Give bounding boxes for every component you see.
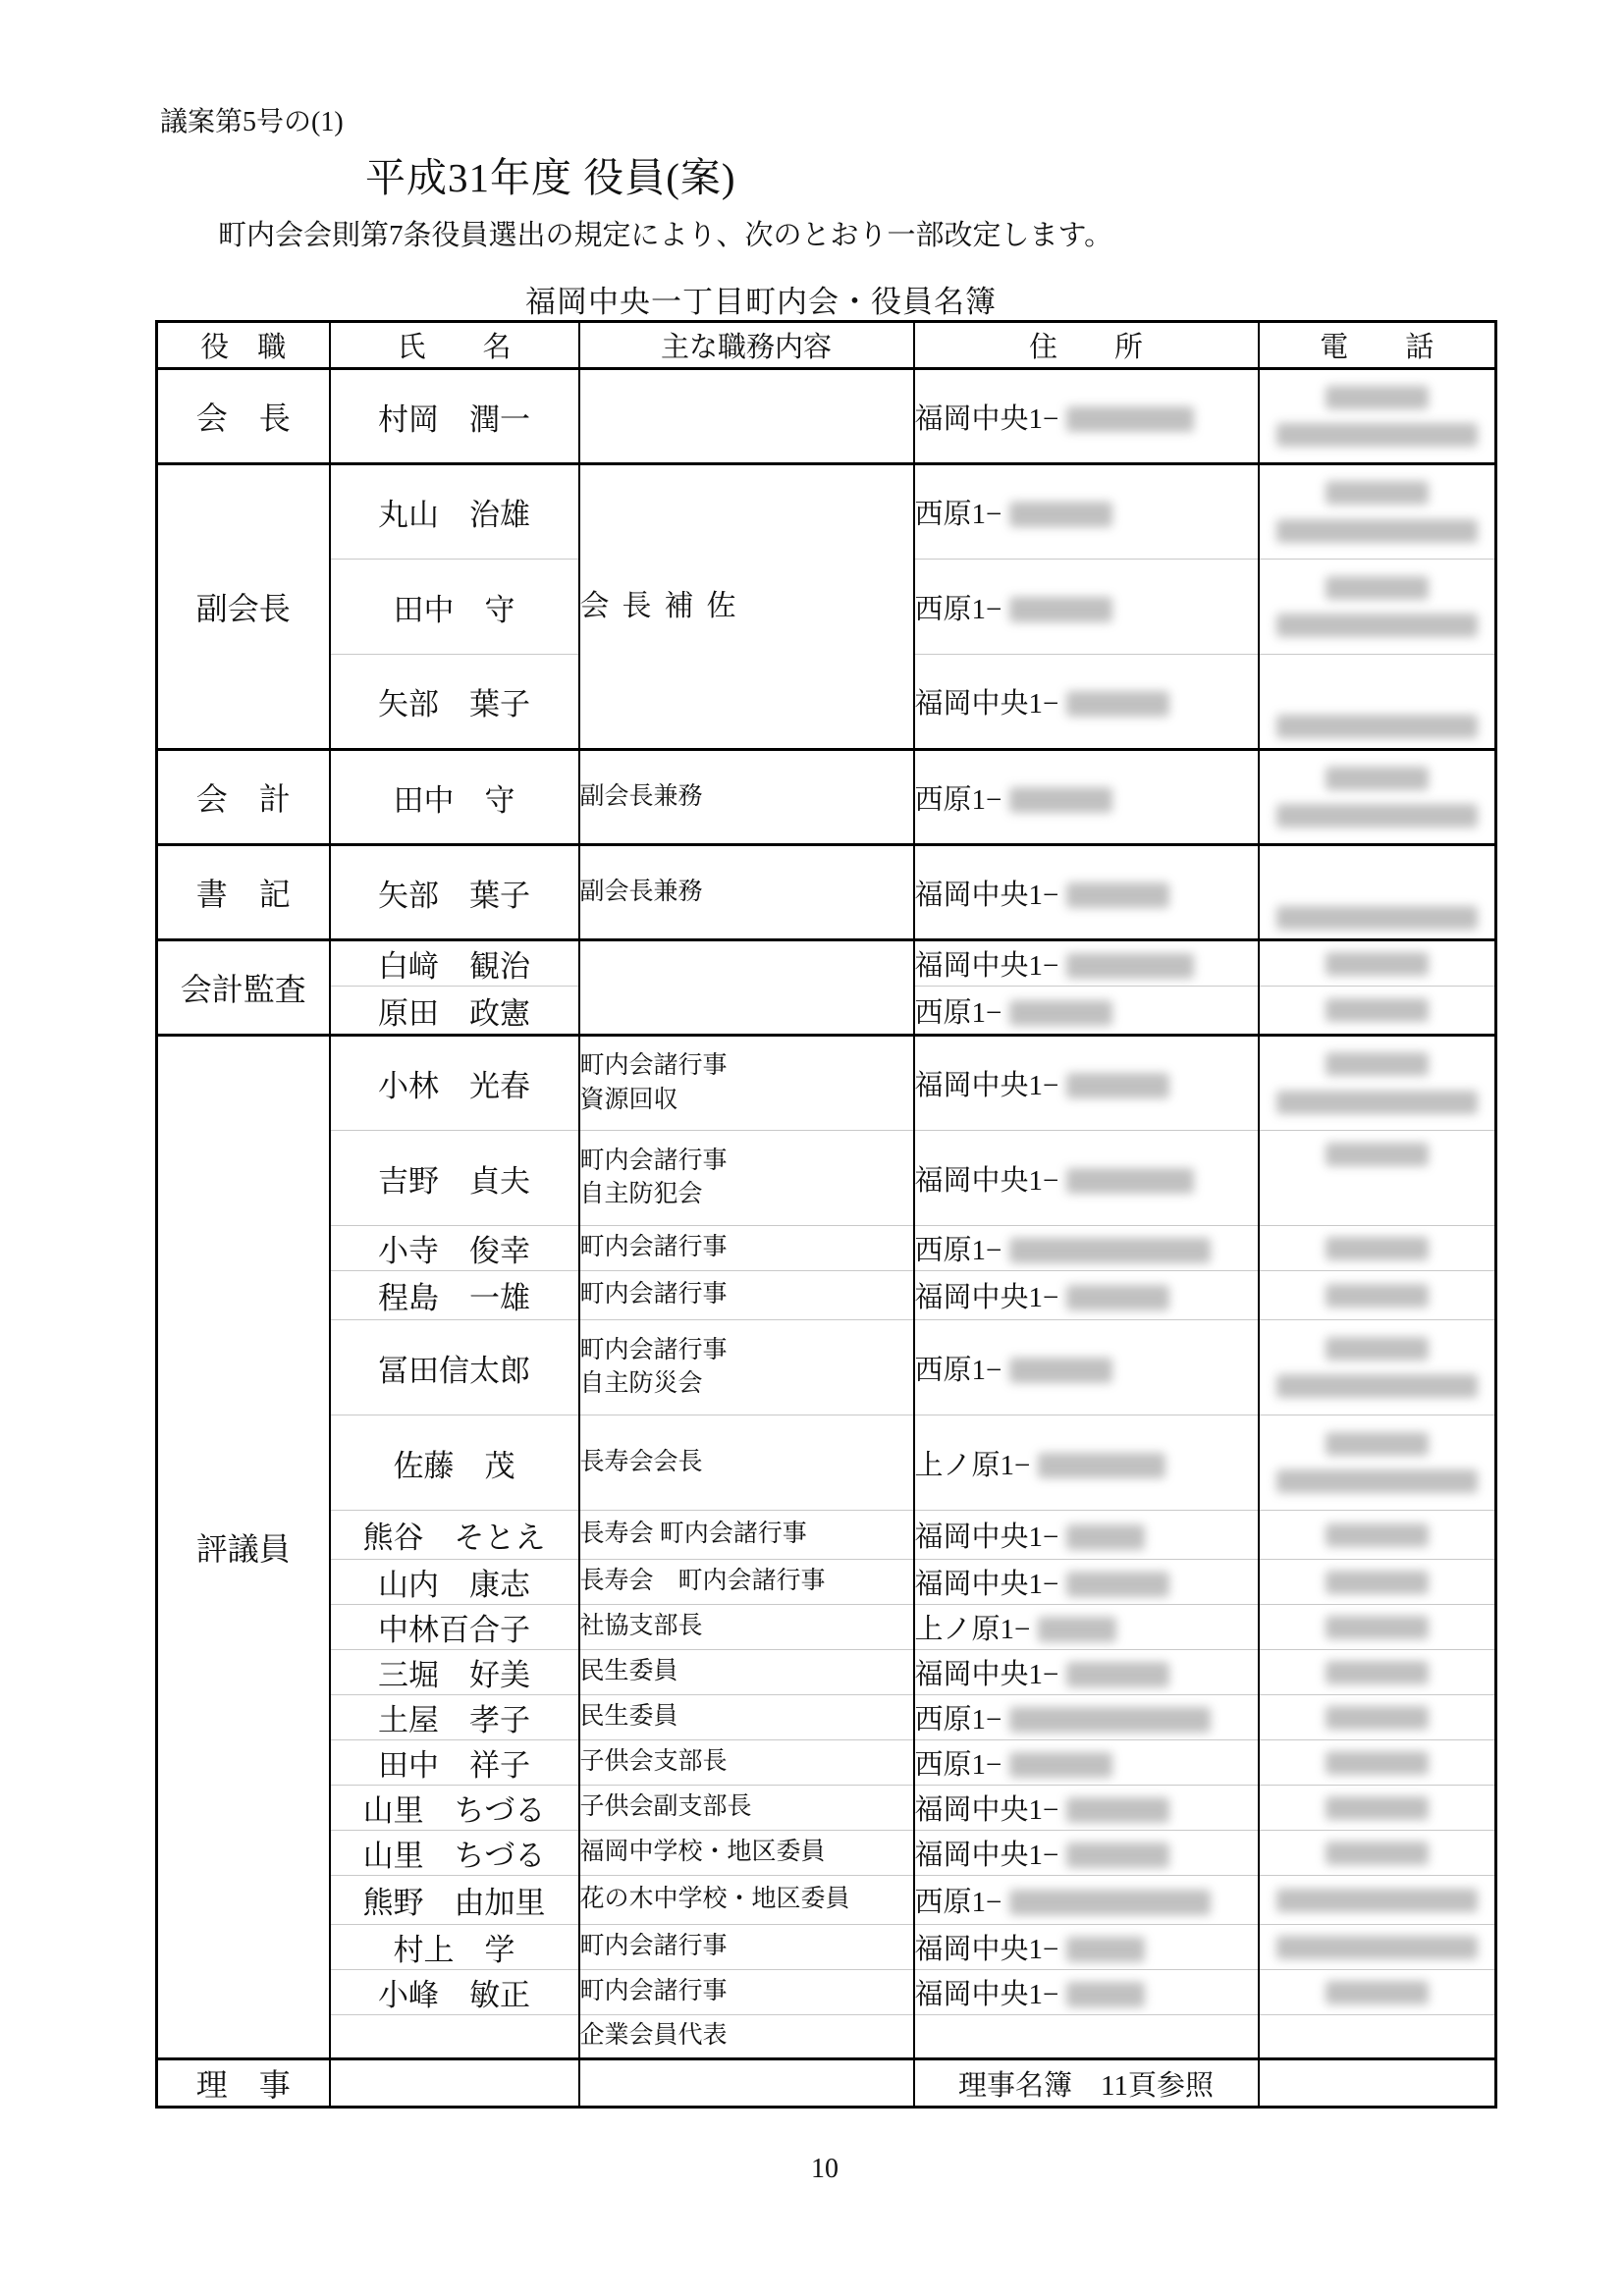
address-cell: 西原1−: [914, 987, 1259, 1036]
address-text: 西原1−: [915, 1235, 1002, 1266]
redacted-phone: [1326, 1751, 1429, 1775]
name-cell: 佐藤 茂: [330, 1415, 579, 1511]
table-title: 福岡中央一丁目町内会・役員名簿: [525, 277, 997, 321]
address-text: 福岡中央1−: [915, 403, 1059, 435]
role-cell: 理 事: [157, 2059, 330, 2108]
redacted-address: [1066, 1073, 1169, 1098]
duty-cell: 長寿会会長: [579, 1415, 914, 1511]
name-cell: 熊谷 そとえ: [330, 1511, 579, 1560]
redacted-phone: [1326, 1284, 1429, 1308]
name-cell: 丸山 治雄: [330, 464, 579, 560]
duty-cell: 子供会支部長: [579, 1740, 914, 1786]
duty-line: 子供会副支部長: [580, 1790, 913, 1825]
redacted-phone: [1326, 386, 1429, 409]
phone-cell: [1259, 369, 1496, 464]
duty-line: 町内会諸行事: [580, 1145, 913, 1179]
address-cell: 西原1−: [914, 1226, 1259, 1271]
duty-line: 町内会諸行事: [580, 1049, 913, 1084]
role-cell: 会 長: [157, 369, 330, 464]
redacted-address: [1066, 882, 1169, 908]
redacted-phone: [1326, 1337, 1429, 1361]
phone-lines: [1260, 564, 1495, 649]
address-cell: 福岡中央1−: [914, 369, 1259, 464]
address-text: 福岡中央1−: [915, 1979, 1059, 2010]
address-text: 西原1−: [915, 499, 1002, 530]
table-row: 熊野 由加里花の木中学校・地区委員西原1−: [157, 1876, 1496, 1925]
address-cell: 福岡中央1−: [914, 1925, 1259, 1970]
address-cell: 西原1−: [914, 560, 1259, 655]
redacted-address: [1038, 1453, 1165, 1478]
duty-cell: [579, 2059, 914, 2108]
address-text: 福岡中央1−: [915, 1569, 1059, 1600]
address-text: 西原1−: [915, 594, 1002, 625]
duty-line: 長寿会 町内会諸行事: [580, 1518, 913, 1552]
phone-lines: [1260, 1132, 1495, 1224]
name-cell: 山内 康志: [330, 1560, 579, 1605]
phone-lines: [1260, 1521, 1495, 1550]
address-cell: [914, 2015, 1259, 2059]
duty-cell: [579, 940, 914, 1036]
duty-line: 長寿会会長: [580, 1446, 913, 1480]
table-row: 山里 ちづる福岡中学校・地区委員福岡中央1−: [157, 1831, 1496, 1876]
name-cell: 矢部 葉子: [330, 655, 579, 750]
name-cell: [330, 2015, 579, 2059]
table-row: 小寺 俊幸町内会諸行事西原1−: [157, 1226, 1496, 1271]
duty-line: 企業会員代表: [580, 2019, 913, 2054]
phone-lines: [1260, 1839, 1495, 1868]
phone-lines: [1260, 1933, 1495, 1962]
table-row: 副会長丸山 治雄会長補佐西原1−: [157, 464, 1496, 560]
address-text: 西原1−: [915, 1749, 1002, 1781]
table-row: 会 長村岡 潤一福岡中央1−: [157, 369, 1496, 464]
duty-cell: 長寿会 町内会諸行事: [579, 1560, 914, 1605]
redacted-address: [1066, 691, 1169, 717]
role-cell: 会計監査: [157, 940, 330, 1036]
redacted-phone: [1326, 1432, 1429, 1456]
table-row: 田中 祥子子供会支部長西原1−: [157, 1740, 1496, 1786]
phone-cell: [1259, 1831, 1496, 1876]
table-row: 三堀 好美民生委員福岡中央1−: [157, 1650, 1496, 1695]
address-cell: 福岡中央1−: [914, 1831, 1259, 1876]
address-text: 福岡中央1−: [915, 1840, 1059, 1871]
phone-cell: [1259, 750, 1496, 845]
phone-cell: [1259, 655, 1496, 750]
redacted-address: [1066, 1572, 1169, 1597]
duty-line: 資源回収: [580, 1084, 913, 1118]
redacted-address: [1066, 1662, 1169, 1687]
name-cell: 山里 ちづる: [330, 1831, 579, 1876]
phone-cell: [1259, 1036, 1496, 1131]
duty-cell: 町内会諸行事: [579, 1970, 914, 2015]
duty-cell: 子供会副支部長: [579, 1786, 914, 1831]
address-text: 西原1−: [915, 784, 1002, 816]
role-cell: 書 記: [157, 845, 330, 940]
table-row: 小峰 敏正町内会諸行事福岡中央1−: [157, 1970, 1496, 2015]
table-row: 企業会員代表: [157, 2015, 1496, 2059]
phone-cell: [1259, 464, 1496, 560]
phone-cell: [1259, 2059, 1496, 2108]
phone-cell: [1259, 1605, 1496, 1650]
address-cell: 西原1−: [914, 1876, 1259, 1925]
duty-line: 町内会諸行事: [580, 1231, 913, 1265]
phone-cell: [1259, 987, 1496, 1036]
redacted-address: [1066, 953, 1194, 979]
redacted-address: [1009, 1752, 1112, 1778]
duty-cell: 町内会諸行事: [579, 1226, 914, 1271]
name-cell: 村岡 潤一: [330, 369, 579, 464]
phone-cell: [1259, 1320, 1496, 1415]
address-cell: 上ノ原1−: [914, 1605, 1259, 1650]
phone-cell: [1259, 1650, 1496, 1695]
phone-cell: [1259, 1560, 1496, 1605]
table-row: 評議員小林 光春町内会諸行事資源回収福岡中央1−: [157, 1036, 1496, 1131]
redacted-address: [1066, 1168, 1194, 1194]
address-cell: 西原1−: [914, 1695, 1259, 1740]
table-row: 熊谷 そとえ長寿会 町内会諸行事福岡中央1−: [157, 1511, 1496, 1560]
name-cell: [330, 2059, 579, 2108]
redacted-phone: [1276, 804, 1478, 828]
name-cell: 三堀 好美: [330, 1650, 579, 1695]
duty-cell: 花の木中学校・地区委員: [579, 1876, 914, 1925]
phone-cell: [1259, 940, 1496, 987]
redacted-phone: [1326, 1523, 1429, 1547]
phone-cell: [1259, 560, 1496, 655]
redacted-address: [1038, 1617, 1116, 1642]
redacted-address: [1066, 1285, 1169, 1310]
header-address: 住 所: [914, 322, 1259, 369]
phone-cell: [1259, 1695, 1496, 1740]
phone-lines: [1260, 995, 1495, 1025]
table-row: 会計監査白﨑 観治福岡中央1−: [157, 940, 1496, 987]
name-cell: 程島 一雄: [330, 1271, 579, 1320]
duty-line: 民生委員: [580, 1655, 913, 1689]
name-cell: 田中 守: [330, 750, 579, 845]
name-cell: 小寺 俊幸: [330, 1226, 579, 1271]
header-duty: 主な職務内容: [579, 322, 914, 369]
role-cell: 評議員: [157, 1036, 330, 2059]
table-row: 理 事理事名簿 11頁参照: [157, 2059, 1496, 2108]
phone-cell: [1259, 1271, 1496, 1320]
redacted-phone: [1326, 481, 1429, 505]
table-row: 村上 学町内会諸行事福岡中央1−: [157, 1925, 1496, 1970]
table-header-row: 役 職 氏 名 主な職務内容 住 所 電 話: [157, 322, 1496, 369]
name-cell: 村上 学: [330, 1925, 579, 1970]
phone-lines: [1260, 1041, 1495, 1126]
phone-cell: [1259, 2015, 1496, 2059]
duty-cell: 民生委員: [579, 1695, 914, 1740]
redacted-phone: [1276, 715, 1478, 738]
name-cell: 小峰 敏正: [330, 1970, 579, 2015]
address-cell: 上ノ原1−: [914, 1415, 1259, 1511]
redacted-phone: [1326, 1842, 1429, 1865]
redacted-phone: [1326, 1981, 1429, 2004]
name-cell: 田中 祥子: [330, 1740, 579, 1786]
phone-lines: [1260, 1748, 1495, 1778]
address-text: 福岡中央1−: [915, 1934, 1059, 1965]
phone-lines: [1260, 1281, 1495, 1310]
address-text: 福岡中央1−: [915, 1282, 1059, 1313]
phone-lines: [1260, 1325, 1495, 1410]
duty-cell: 民生委員: [579, 1650, 914, 1695]
address-text: 上ノ原1−: [915, 1614, 1031, 1645]
header-role: 役 職: [157, 322, 330, 369]
address-cell: 福岡中央1−: [914, 1786, 1259, 1831]
table-row: 会 計田中 守副会長兼務西原1−: [157, 750, 1496, 845]
duty-line: 花の木中学校・地区委員: [580, 1883, 913, 1917]
phone-cell: [1259, 845, 1496, 940]
duty-cell: [579, 369, 914, 464]
name-cell: 田中 守: [330, 560, 579, 655]
phone-lines: [1260, 1793, 1495, 1823]
name-cell: 白﨑 観治: [330, 940, 579, 987]
phone-lines: [1260, 1658, 1495, 1687]
redacted-phone: [1326, 1796, 1429, 1820]
duty-cell: 町内会諸行事: [579, 1925, 914, 1970]
redacted-address: [1009, 1000, 1112, 1026]
address-cell: 西原1−: [914, 464, 1259, 560]
redacted-phone: [1326, 1571, 1429, 1594]
redacted-phone: [1276, 1091, 1478, 1114]
redacted-address: [1066, 1982, 1145, 2007]
address-cell: 福岡中央1−: [914, 1036, 1259, 1131]
table-row: 冨田信太郎町内会諸行事自主防災会西原1−: [157, 1320, 1496, 1415]
document-page: { "document": { "case_number": "議案第5号の(1…: [0, 0, 1624, 2296]
duty-cell: 副会長兼務: [579, 750, 914, 845]
duty-line: 副会長兼務: [580, 876, 913, 910]
address-text: 西原1−: [915, 1704, 1002, 1735]
redacted-phone: [1276, 519, 1478, 543]
redacted-phone: [1326, 576, 1429, 600]
duty-line: 子供会支部長: [580, 1745, 913, 1780]
subtitle: 町内会会則第7条役員選出の規定により、次のとおり一部改定します。: [218, 213, 1112, 253]
address-text: 福岡中央1−: [915, 1794, 1059, 1826]
address-cell: 福岡中央1−: [914, 1511, 1259, 1560]
address-text: 西原1−: [915, 1887, 1002, 1918]
officers-table: 役 職 氏 名 主な職務内容 住 所 電 話 会 長村岡 潤一福岡中央1−副会長…: [155, 320, 1497, 2109]
redacted-phone: [1326, 998, 1429, 1022]
duty-line: 社協支部長: [580, 1610, 913, 1644]
address-cell: 福岡中央1−: [914, 1131, 1259, 1226]
duty-line: 町内会諸行事: [580, 1278, 913, 1312]
address-cell: 福岡中央1−: [914, 1560, 1259, 1605]
redacted-address: [1009, 597, 1112, 622]
role-cell: 副会長: [157, 464, 330, 750]
duty-cell: 福岡中学校・地区委員: [579, 1831, 914, 1876]
table-row: 土屋 孝子民生委員西原1−: [157, 1695, 1496, 1740]
header-name: 氏 名: [330, 322, 579, 369]
redacted-phone: [1276, 423, 1478, 447]
redacted-phone: [1326, 952, 1429, 976]
table-row: 書 記矢部 葉子副会長兼務福岡中央1−: [157, 845, 1496, 940]
redacted-phone: [1326, 1143, 1429, 1166]
phone-lines: [1260, 949, 1495, 979]
redacted-phone: [1276, 614, 1478, 637]
address-text: 福岡中央1−: [915, 880, 1059, 911]
address-cell: 理事名簿 11頁参照: [914, 2059, 1259, 2108]
phone-lines: [1260, 1613, 1495, 1642]
redacted-address: [1066, 406, 1194, 432]
duty-line: 町内会諸行事: [580, 1930, 913, 1964]
redacted-phone: [1276, 906, 1478, 930]
address-text: 西原1−: [915, 1355, 1002, 1386]
address-cell: 西原1−: [914, 1320, 1259, 1415]
duty-line: 自主防犯会: [580, 1178, 913, 1212]
address-cell: 西原1−: [914, 1740, 1259, 1786]
officers-table-body: 会 長村岡 潤一福岡中央1−副会長丸山 治雄会長補佐西原1−田中 守西原1−矢部…: [157, 369, 1496, 2108]
address-cell: 福岡中央1−: [914, 1970, 1259, 2015]
address-text: 福岡中央1−: [915, 1165, 1059, 1197]
address-text: 福岡中央1−: [915, 1659, 1059, 1690]
redacted-address: [1066, 1842, 1169, 1868]
duty-cell: 社協支部長: [579, 1605, 914, 1650]
duty-cell: 町内会諸行事: [579, 1271, 914, 1320]
phone-lines: [1260, 1420, 1495, 1505]
redacted-phone: [1276, 1936, 1478, 1959]
duty-line: 自主防災会: [580, 1367, 913, 1402]
name-cell: 山里 ちづる: [330, 1786, 579, 1831]
redacted-phone: [1326, 1706, 1429, 1730]
redacted-phone: [1326, 1052, 1429, 1076]
table-row: 中林百合子社協支部長上ノ原1−: [157, 1605, 1496, 1650]
table-row: 山内 康志長寿会 町内会諸行事福岡中央1−: [157, 1560, 1496, 1605]
redacted-phone: [1276, 1469, 1478, 1493]
name-cell: 熊野 由加里: [330, 1876, 579, 1925]
table-row: 程島 一雄町内会諸行事福岡中央1−: [157, 1271, 1496, 1320]
phone-cell: [1259, 1226, 1496, 1271]
phone-lines: [1260, 470, 1495, 555]
phone-lines: [1260, 1886, 1495, 1915]
case-number: 議案第5号の(1): [160, 100, 344, 139]
phone-cell: [1259, 1131, 1496, 1226]
name-cell: 小林 光春: [330, 1036, 579, 1131]
phone-lines: [1260, 657, 1495, 746]
address-cell: 福岡中央1−: [914, 845, 1259, 940]
phone-cell: [1259, 1925, 1496, 1970]
name-cell: 土屋 孝子: [330, 1695, 579, 1740]
phone-lines: [1260, 1568, 1495, 1597]
redacted-address: [1066, 1937, 1145, 1962]
phone-cell: [1259, 1511, 1496, 1560]
address-text: 福岡中央1−: [915, 950, 1059, 982]
address-text: 福岡中央1−: [915, 688, 1059, 720]
phone-cell: [1259, 1786, 1496, 1831]
page-number: 10: [155, 2154, 1494, 2185]
redacted-phone: [1326, 1237, 1429, 1260]
address-cell: 福岡中央1−: [914, 1271, 1259, 1320]
address-cell: 福岡中央1−: [914, 940, 1259, 987]
table-row: 佐藤 茂長寿会会長上ノ原1−: [157, 1415, 1496, 1511]
duty-line: 福岡中学校・地区委員: [580, 1836, 913, 1870]
redacted-address: [1066, 1524, 1145, 1550]
name-cell: 矢部 葉子: [330, 845, 579, 940]
name-cell: 原田 政憲: [330, 987, 579, 1036]
phone-lines: [1260, 1703, 1495, 1733]
duty-cell: 町内会諸行事自主防犯会: [579, 1131, 914, 1226]
duty-cell: 町内会諸行事自主防災会: [579, 1320, 914, 1415]
duty-cell: 副会長兼務: [579, 845, 914, 940]
redacted-address: [1009, 1890, 1211, 1915]
phone-cell: [1259, 1970, 1496, 2015]
duty-line: 副会長兼務: [580, 780, 913, 815]
name-cell: 中林百合子: [330, 1605, 579, 1650]
phone-lines: [1260, 755, 1495, 839]
phone-lines: [1260, 1234, 1495, 1263]
phone-lines: [1260, 848, 1495, 937]
duty-cell: 町内会諸行事資源回収: [579, 1036, 914, 1131]
address-text: 福岡中央1−: [915, 1522, 1059, 1553]
role-cell: 会 計: [157, 750, 330, 845]
address-cell: 西原1−: [914, 750, 1259, 845]
duty-cell: 企業会員代表: [579, 2015, 914, 2059]
redacted-phone: [1276, 1889, 1478, 1912]
name-cell: 冨田信太郎: [330, 1320, 579, 1415]
redacted-address: [1009, 1238, 1211, 1263]
redacted-address: [1066, 1797, 1169, 1823]
table-row: 山里 ちづる子供会副支部長福岡中央1−: [157, 1786, 1496, 1831]
address-text: 理事名簿 11頁参照: [958, 2070, 1214, 2102]
phone-cell: [1259, 1876, 1496, 1925]
duty-line: 民生委員: [580, 1700, 913, 1735]
address-cell: 福岡中央1−: [914, 655, 1259, 750]
address-text: 上ノ原1−: [915, 1450, 1031, 1481]
address-text: 福岡中央1−: [915, 1070, 1059, 1101]
address-text: 西原1−: [915, 997, 1002, 1029]
redacted-address: [1009, 502, 1112, 527]
duty-line: 長寿会 町内会諸行事: [580, 1565, 913, 1599]
redacted-phone: [1326, 1661, 1429, 1684]
duty-cell: 長寿会 町内会諸行事: [579, 1511, 914, 1560]
table-row: 吉野 貞夫町内会諸行事自主防犯会福岡中央1−: [157, 1131, 1496, 1226]
page-title: 平成31年度 役員(案): [365, 145, 736, 203]
header-phone: 電 話: [1259, 322, 1496, 369]
redacted-address: [1009, 787, 1112, 813]
redacted-phone: [1276, 1374, 1478, 1398]
redacted-phone: [1326, 1616, 1429, 1639]
duty-line: 町内会諸行事: [580, 1975, 913, 2009]
redacted-phone: [1326, 767, 1429, 790]
redacted-address: [1009, 1707, 1211, 1733]
phone-lines: [1260, 1978, 1495, 2007]
name-cell: 吉野 貞夫: [330, 1131, 579, 1226]
phone-cell: [1259, 1740, 1496, 1786]
address-cell: 福岡中央1−: [914, 1650, 1259, 1695]
duty-cell: 会長補佐: [579, 464, 914, 750]
phone-cell: [1259, 1415, 1496, 1511]
duty-line: 町内会諸行事: [580, 1334, 913, 1368]
redacted-address: [1009, 1358, 1112, 1383]
phone-lines: [1260, 374, 1495, 458]
